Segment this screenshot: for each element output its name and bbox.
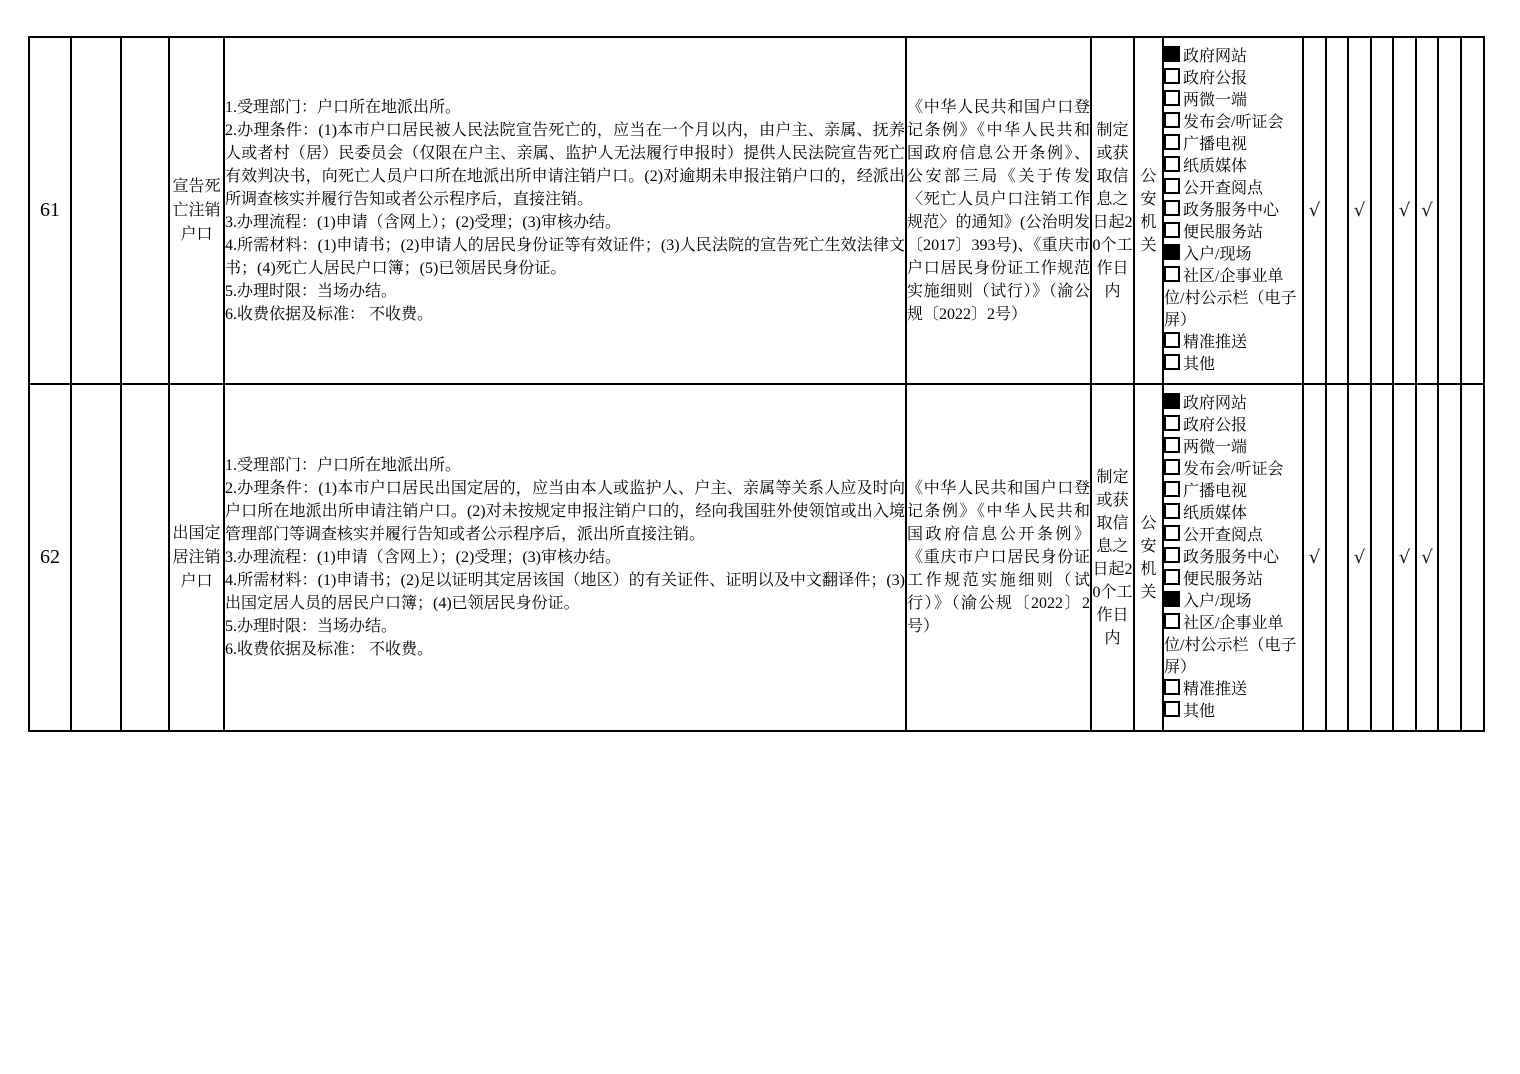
check-mark-cell bbox=[1326, 37, 1348, 384]
channel-label: 社区/企事业单位/村公示栏（电子屏） bbox=[1164, 268, 1296, 329]
checkbox-icon bbox=[1164, 525, 1180, 541]
checkbox-icon bbox=[1164, 354, 1180, 370]
checkbox-icon bbox=[1164, 679, 1180, 695]
procedure-details: 1.受理部门：户口所在地派出所。 2.办理条件：(1)本市户口居民出国定居的，应… bbox=[224, 384, 906, 731]
checkbox-icon bbox=[1164, 613, 1180, 629]
checkbox-icon bbox=[1164, 112, 1180, 128]
checkbox-icon bbox=[1164, 547, 1180, 563]
channel-label: 公开查阅点 bbox=[1183, 527, 1263, 544]
check-mark-cell bbox=[1461, 384, 1484, 731]
checkbox-icon bbox=[1164, 156, 1180, 172]
channel-label: 政府公报 bbox=[1183, 417, 1247, 434]
checkbox-icon bbox=[1164, 68, 1180, 84]
row-number: 61 bbox=[29, 37, 71, 384]
checkbox-icon bbox=[1164, 90, 1180, 106]
check-mark-cell: √ bbox=[1416, 37, 1438, 384]
procedure-line: 3.办理流程：(1)申请（含网上）；(2)受理；(3)审核办结。 bbox=[225, 211, 905, 234]
channel-item: 政府网站 bbox=[1164, 393, 1302, 415]
checkbox-icon bbox=[1164, 569, 1180, 585]
checkbox-icon bbox=[1164, 459, 1180, 475]
channel-item: 精准推送 bbox=[1164, 679, 1302, 701]
checkbox-icon bbox=[1164, 222, 1180, 238]
channel-item: 广播电视 bbox=[1164, 134, 1302, 156]
channel-item: 公开查阅点 bbox=[1164, 525, 1302, 547]
check-mark-cell: √ bbox=[1393, 37, 1416, 384]
checkbox-icon bbox=[1164, 393, 1180, 409]
empty-cell bbox=[71, 37, 121, 384]
channel-label: 纸质媒体 bbox=[1183, 158, 1247, 175]
responsible-agency: 公安机关 bbox=[1134, 37, 1163, 384]
channel-item: 发布会/听证会 bbox=[1164, 112, 1302, 134]
channel-label: 政务服务中心 bbox=[1183, 549, 1279, 566]
procedure-line: 5.办理时限：当场办结。 bbox=[225, 615, 905, 638]
checkbox-icon bbox=[1164, 332, 1180, 348]
procedure-name: 出国定居注销户口 bbox=[169, 384, 224, 731]
channel-item: 纸质媒体 bbox=[1164, 156, 1302, 178]
check-mark-cell: √ bbox=[1393, 384, 1416, 731]
channel-item: 政府公报 bbox=[1164, 415, 1302, 437]
procedure-line: 3.办理流程：(1)申请（含网上）；(2)受理；(3)审核办结。 bbox=[225, 546, 905, 569]
channel-item: 精准推送 bbox=[1164, 332, 1302, 354]
channel-label: 广播电视 bbox=[1183, 483, 1247, 500]
channel-item: 入户/现场 bbox=[1164, 591, 1302, 613]
check-mark-cell: √ bbox=[1348, 384, 1371, 731]
channel-label: 纸质媒体 bbox=[1183, 505, 1247, 522]
channel-label: 入户/现场 bbox=[1183, 246, 1251, 263]
check-mark-cell bbox=[1438, 37, 1461, 384]
procedures-table: 61 宣告死亡注销户口 1.受理部门：户口所在地派出所。 2.办理条件：(1)本… bbox=[28, 36, 1485, 732]
channel-label: 政务服务中心 bbox=[1183, 202, 1279, 219]
check-mark-cell bbox=[1371, 37, 1393, 384]
channel-label: 发布会/听证会 bbox=[1183, 461, 1283, 478]
channel-item: 便民服务站 bbox=[1164, 222, 1302, 244]
channel-label: 政府公报 bbox=[1183, 70, 1247, 87]
checkbox-icon bbox=[1164, 178, 1180, 194]
checkbox-icon bbox=[1164, 46, 1180, 62]
channel-item: 政府公报 bbox=[1164, 68, 1302, 90]
empty-cell bbox=[121, 37, 169, 384]
checkbox-icon bbox=[1164, 503, 1180, 519]
empty-cell bbox=[71, 384, 121, 731]
channel-label: 其他 bbox=[1183, 703, 1215, 720]
check-mark-cell bbox=[1461, 37, 1484, 384]
channel-label: 精准推送 bbox=[1183, 681, 1247, 698]
time-limit: 制定或获取信息之日起20个工作日内 bbox=[1091, 37, 1134, 384]
channel-label: 两微一端 bbox=[1183, 92, 1247, 109]
checkbox-icon bbox=[1164, 415, 1180, 431]
procedure-line: 4.所需材料：(1)申请书；(2)申请人的居民身份证等有效证件；(3)人民法院的… bbox=[225, 234, 905, 280]
procedure-line: 2.办理条件：(1)本市户口居民出国定居的，应当由本人或监护人、户主、亲属等关系… bbox=[225, 477, 905, 546]
empty-cell bbox=[121, 384, 169, 731]
channel-label: 两微一端 bbox=[1183, 439, 1247, 456]
channel-label: 公开查阅点 bbox=[1183, 180, 1263, 197]
check-mark-cell: √ bbox=[1303, 384, 1326, 731]
checkbox-icon bbox=[1164, 200, 1180, 216]
channel-label: 便民服务站 bbox=[1183, 224, 1263, 241]
checkbox-icon bbox=[1164, 266, 1180, 282]
channel-item: 发布会/听证会 bbox=[1164, 459, 1302, 481]
channel-label: 广播电视 bbox=[1183, 136, 1247, 153]
procedure-line: 6.收费依据及标准： 不收费。 bbox=[225, 638, 905, 661]
channel-item: 其他 bbox=[1164, 701, 1302, 723]
channel-label: 政府网站 bbox=[1183, 395, 1247, 412]
table-row: 62 出国定居注销户口 1.受理部门：户口所在地派出所。 2.办理条件：(1)本… bbox=[29, 384, 1484, 731]
channel-label: 社区/企事业单位/村公示栏（电子屏） bbox=[1164, 615, 1296, 676]
channel-item: 社区/企事业单位/村公示栏（电子屏） bbox=[1164, 613, 1302, 679]
publicity-channels: 政府网站 政府公报 两微一端 发布会/听证会 广播电视 纸质媒体 公开查阅点 政… bbox=[1163, 384, 1303, 731]
channel-label: 精准推送 bbox=[1183, 334, 1247, 351]
procedure-details: 1.受理部门：户口所在地派出所。 2.办理条件：(1)本市户口居民被人民法院宣告… bbox=[224, 37, 906, 384]
channel-item: 便民服务站 bbox=[1164, 569, 1302, 591]
document-table-sheet: 61 宣告死亡注销户口 1.受理部门：户口所在地派出所。 2.办理条件：(1)本… bbox=[28, 36, 1485, 732]
publicity-channels: 政府网站 政府公报 两微一端 发布会/听证会 广播电视 纸质媒体 公开查阅点 政… bbox=[1163, 37, 1303, 384]
channel-label: 发布会/听证会 bbox=[1183, 114, 1283, 131]
channel-label: 其他 bbox=[1183, 356, 1215, 373]
procedure-line: 4.所需材料：(1)申请书；(2)足以证明其定居该国（地区）的有关证件、证明以及… bbox=[225, 569, 905, 615]
check-mark-cell bbox=[1438, 384, 1461, 731]
checkbox-icon bbox=[1164, 134, 1180, 150]
check-mark-cell bbox=[1326, 384, 1348, 731]
time-limit: 制定或获取信息之日起20个工作日内 bbox=[1091, 384, 1134, 731]
channel-label: 政府网站 bbox=[1183, 48, 1247, 65]
procedure-line: 5.办理时限：当场办结。 bbox=[225, 280, 905, 303]
channel-item: 广播电视 bbox=[1164, 481, 1302, 503]
channel-item: 政府网站 bbox=[1164, 46, 1302, 68]
legal-basis: 《中华人民共和国户口登记条例》《中华人民共和国政府信息公开条例》《重庆市户口居民… bbox=[906, 384, 1091, 731]
channel-item: 纸质媒体 bbox=[1164, 503, 1302, 525]
procedure-name: 宣告死亡注销户口 bbox=[169, 37, 224, 384]
channel-item: 入户/现场 bbox=[1164, 244, 1302, 266]
check-mark-cell bbox=[1371, 384, 1393, 731]
channel-label: 便民服务站 bbox=[1183, 571, 1263, 588]
channel-item: 公开查阅点 bbox=[1164, 178, 1302, 200]
checkbox-icon bbox=[1164, 437, 1180, 453]
checkbox-icon bbox=[1164, 481, 1180, 497]
check-mark-cell: √ bbox=[1416, 384, 1438, 731]
channel-item: 其他 bbox=[1164, 354, 1302, 376]
procedure-line: 1.受理部门：户口所在地派出所。 bbox=[225, 454, 905, 477]
procedure-line: 2.办理条件：(1)本市户口居民被人民法院宣告死亡的，应当在一个月以内，由户主、… bbox=[225, 119, 905, 211]
row-number: 62 bbox=[29, 384, 71, 731]
channel-label: 入户/现场 bbox=[1183, 593, 1251, 610]
channel-item: 政务服务中心 bbox=[1164, 200, 1302, 222]
procedure-line: 6.收费依据及标准： 不收费。 bbox=[225, 303, 905, 326]
responsible-agency: 公安机关 bbox=[1134, 384, 1163, 731]
table-row: 61 宣告死亡注销户口 1.受理部门：户口所在地派出所。 2.办理条件：(1)本… bbox=[29, 37, 1484, 384]
channel-item: 两微一端 bbox=[1164, 437, 1302, 459]
channel-item: 两微一端 bbox=[1164, 90, 1302, 112]
checkbox-icon bbox=[1164, 244, 1180, 260]
checkbox-icon bbox=[1164, 591, 1180, 607]
procedure-line: 1.受理部门：户口所在地派出所。 bbox=[225, 96, 905, 119]
checkbox-icon bbox=[1164, 701, 1180, 717]
channel-item: 社区/企事业单位/村公示栏（电子屏） bbox=[1164, 266, 1302, 332]
check-mark-cell: √ bbox=[1348, 37, 1371, 384]
channel-item: 政务服务中心 bbox=[1164, 547, 1302, 569]
legal-basis: 《中华人民共和国户口登记条例》《中华人民共和国政府信息公开条例》、公安部三局《关… bbox=[906, 37, 1091, 384]
check-mark-cell: √ bbox=[1303, 37, 1326, 384]
